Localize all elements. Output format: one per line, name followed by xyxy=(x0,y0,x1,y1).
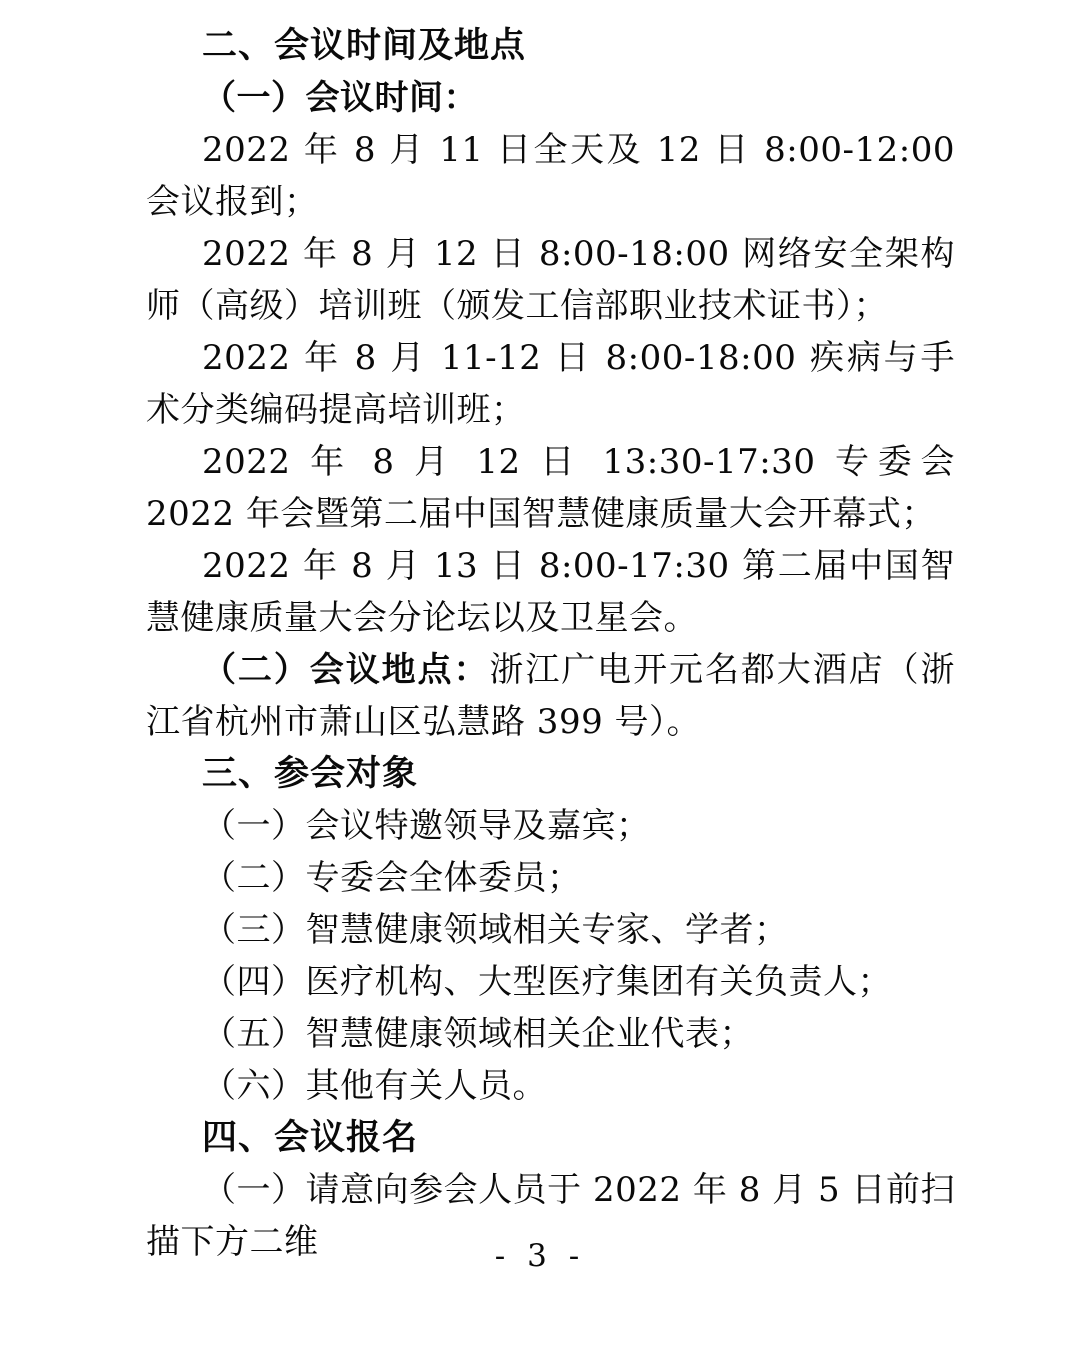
paragraph-schedule-registration: 2022 年 8 月 11 日全天及 12 日 8:00-12:00 会议报到； xyxy=(146,124,955,228)
paragraph-meeting-venue: （二）会议地点：浙江广电开元名都大酒店（浙江省杭州市萧山区弘慧路 399 号）。 xyxy=(146,644,955,748)
paragraph-attendee-item-3: （三）智慧健康领域相关专家、学者； xyxy=(146,904,955,956)
paragraph-attendee-item-5: （五）智慧健康领域相关企业代表； xyxy=(146,1008,955,1060)
paragraph-attendee-item-1: （一）会议特邀领导及嘉宾； xyxy=(146,800,955,852)
section-heading-meeting-time-location: 二、会议时间及地点 xyxy=(146,20,955,72)
paragraph-schedule-opening-ceremony: 2022 年 8 月 12 日 13:30-17:30 专委会 2022 年会暨… xyxy=(146,436,955,540)
paragraph-schedule-subforums: 2022 年 8 月 13 日 8:00-17:30 第二届中国智慧健康质量大会… xyxy=(146,540,955,644)
paragraph-attendee-item-6: （六）其他有关人员。 xyxy=(146,1060,955,1112)
paragraph-attendee-item-2: （二）专委会全体委员； xyxy=(146,852,955,904)
meeting-venue-label: （二）会议地点： xyxy=(202,650,489,690)
section-heading-registration: 四、会议报名 xyxy=(146,1112,955,1164)
paragraph-schedule-security-training: 2022 年 8 月 12 日 8:00-18:00 网络安全架构师（高级）培训… xyxy=(146,228,955,332)
subheading-meeting-time: （一）会议时间： xyxy=(146,72,955,124)
page-number: - 3 - xyxy=(0,1236,1080,1276)
document-page: 二、会议时间及地点 （一）会议时间： 2022 年 8 月 11 日全天及 12… xyxy=(0,0,1080,1354)
paragraph-schedule-coding-training: 2022 年 8 月 11-12 日 8:00-18:00 疾病与手术分类编码提… xyxy=(146,332,955,436)
section-heading-attendees: 三、参会对象 xyxy=(146,748,955,800)
paragraph-attendee-item-4: （四）医疗机构、大型医疗集团有关负责人； xyxy=(146,956,955,1008)
document-body: 二、会议时间及地点 （一）会议时间： 2022 年 8 月 11 日全天及 12… xyxy=(146,20,955,1268)
